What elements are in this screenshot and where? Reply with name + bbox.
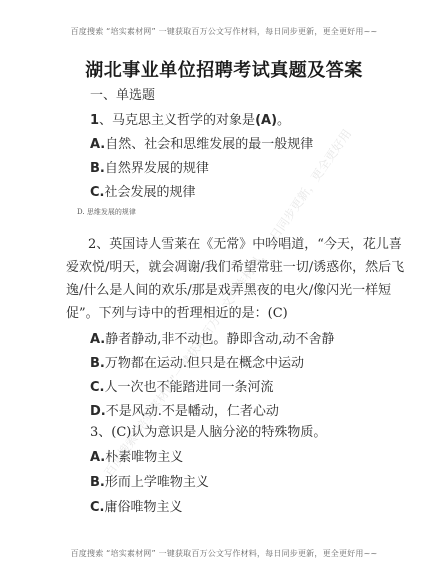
question-stem-text: 、马克思主义哲学的对象是(A)。 bbox=[99, 113, 290, 128]
question-2-option-b: B.万物都在运动.但只是在概念中运动 bbox=[90, 352, 304, 371]
question-3-option-c: C.庸俗唯物主义 bbox=[90, 496, 183, 515]
question-2-option-c: C.人一次也不能踏进同一条河流 bbox=[90, 376, 274, 395]
question-2-stem-line-1: 2、英国诗人雪莱在《无常》中吟唱道，“今天，花儿喜 bbox=[88, 233, 402, 252]
question-2-stem-line-3: 逸/什么是人间的欢乐/那是戏弄黑夜的电火/像闪光一样短 bbox=[66, 279, 391, 298]
document-title: 湖北事业单位招聘考试真题及答案 bbox=[0, 56, 448, 82]
question-2-stem-line-4: 促”。下列与诗中的哲理相近的是：(C) bbox=[66, 302, 288, 321]
question-1-option-c: C.社会发展的规律 bbox=[90, 181, 196, 200]
question-1-option-b: B.自然界发展的规律 bbox=[90, 157, 209, 176]
page-header: 百度搜索 “培实素材网” 一键获取百万公文写作材料，每日同步更新，更全更好用~~ bbox=[0, 26, 448, 37]
question-1-option-a: A.自然、社会和思维发展的最一般规律 bbox=[90, 133, 313, 152]
question-number: 1 bbox=[90, 113, 99, 128]
question-2-stem-line-2: 爱欢悦/明天，就会凋谢/我们希望常驻一切/诱惑你，然后飞 bbox=[66, 256, 404, 275]
page-footer: 百度搜索 “培实素材网” 一键获取百万公文写作材料，每日同步更新，更全更好用~~ bbox=[0, 548, 448, 559]
question-2-option-a: A.静者静动,非不动也。静即含动,动不舍静 bbox=[90, 328, 335, 347]
question-1-option-d: D. 思维发展的规律 bbox=[77, 207, 136, 217]
question-3-stem: 3、(C)认为意识是人脑分泌的特殊物质。 bbox=[90, 421, 326, 440]
question-1-stem: 1、马克思主义哲学的对象是(A)。 bbox=[90, 109, 290, 128]
section-heading: 一、单选题 bbox=[90, 84, 155, 103]
question-3-option-a: A.朴素唯物主义 bbox=[90, 446, 183, 465]
question-2-option-d: D.不是风动.不是幡动，仁者心动 bbox=[90, 400, 279, 419]
question-3-option-b: B.形而上学唯物主义 bbox=[90, 471, 209, 490]
